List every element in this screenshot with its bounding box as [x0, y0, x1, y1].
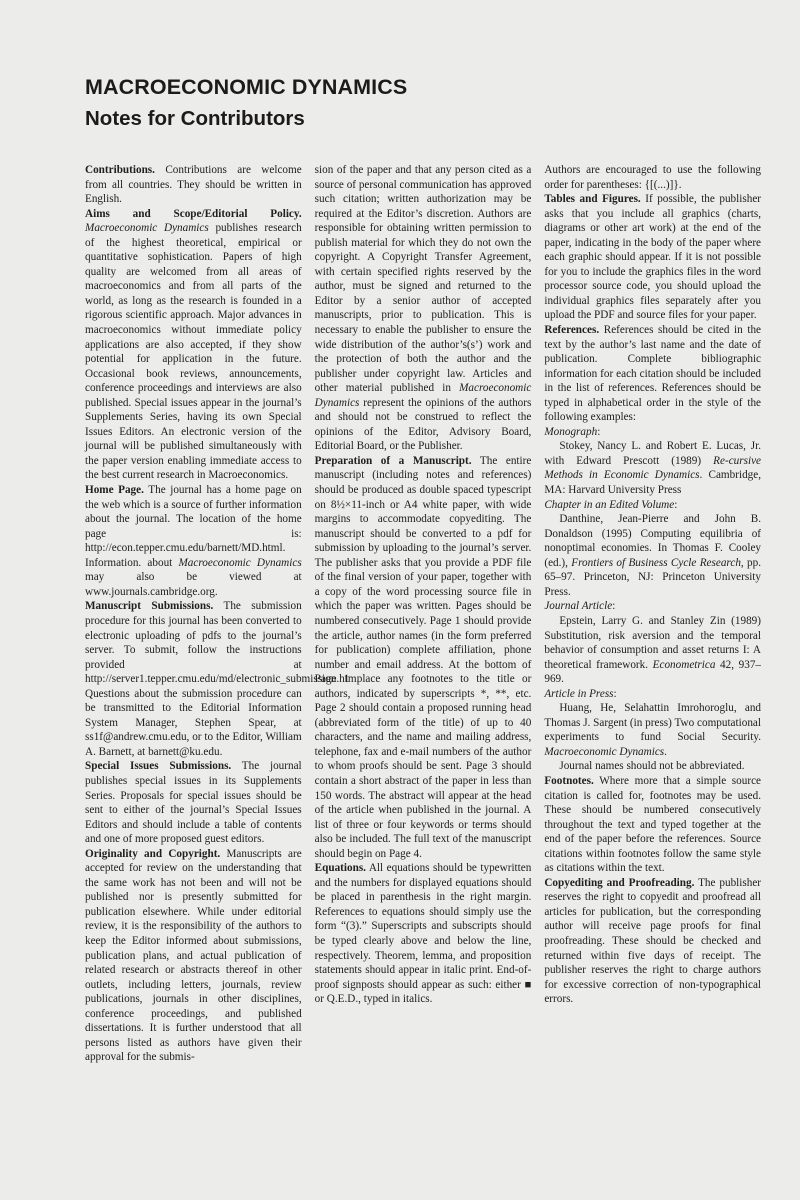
section-originality-and-copyright: Originality and Copyright. Manuscripts a… — [85, 847, 302, 1065]
body-text: publishes research of the highest theore… — [85, 222, 302, 481]
italic-text: Chapter in an Edited Volume — [544, 499, 674, 511]
italic-text: Macroeconomic Dynamics — [178, 557, 301, 569]
section-tables-and-figures: Tables and Figures. If possible, the pub… — [544, 192, 761, 323]
body-text: : — [597, 426, 600, 438]
body-text: . — [664, 746, 667, 758]
journal-title: MACROECONOMIC DYNAMICS — [85, 74, 407, 100]
section-heading: Originality and Copyright. — [85, 848, 220, 860]
reference-entry: Huang, He, Selahattin Imrohoroglu, and T… — [544, 701, 761, 759]
journal-page: MACROECONOMIC DYNAMICS Notes for Contrib… — [0, 0, 800, 1200]
text-column-2: sion of the paper and that any person ci… — [315, 163, 532, 1065]
body-text: Manuscripts are accepted for review on t… — [85, 848, 302, 1064]
reference-type-label: Article in Press: — [544, 687, 761, 702]
body-text: References should be cited in the text b… — [544, 324, 761, 423]
paragraph: Authors are encouraged to use the follow… — [544, 163, 761, 192]
section-copyediting-and-proofreading: Copyediting and Proofreading. The publis… — [544, 876, 761, 1007]
section-special-issues-submissions: Special Issues Submissions. The journal … — [85, 759, 302, 846]
italic-text: Monograph — [544, 426, 597, 438]
body-text: Where more that a simple source citation… — [544, 775, 761, 874]
italic-text: Macroeconomic Dynamics — [85, 222, 209, 234]
section-contributions: Contributions. Contributions are welcome… — [85, 163, 302, 207]
body-text: The journal publishes special issues in … — [85, 760, 302, 845]
body-text: The publisher reserves the right to copy… — [544, 877, 761, 1005]
body-text: : — [674, 499, 677, 511]
section-heading: Special Issues Submissions. — [85, 760, 231, 772]
reference-type-label: Journal Article: — [544, 599, 761, 614]
section-heading: Footnotes. — [544, 775, 593, 787]
section-heading: Equations. — [315, 862, 366, 874]
section-preparation-of-a-manuscript: Preparation of a Manuscript. The entire … — [315, 454, 532, 861]
body-text: If possible, the publisher asks that you… — [544, 193, 761, 321]
italic-text: Macroeconomic Dynamics — [544, 746, 664, 758]
page-title: Notes for Contributors — [85, 106, 407, 131]
paragraph: sion of the paper and that any person ci… — [315, 163, 532, 454]
body-text: Authors are encouraged to use the follow… — [544, 164, 761, 191]
section-aims-and-scope-editorial-policy: Aims and Scope/Editorial Policy. Macroec… — [85, 207, 302, 483]
section-manuscript-submissions: Manuscript Submissions. The submission p… — [85, 599, 302, 759]
text-columns: Contributions. Contributions are welcome… — [85, 163, 761, 1065]
section-heading: Tables and Figures. — [544, 193, 640, 205]
section-heading: Home Page. — [85, 484, 144, 496]
body-text: All equations should be typewritten and … — [315, 862, 532, 1005]
reference-entry: Stokey, Nancy L. and Robert E. Lucas, Jr… — [544, 439, 761, 497]
section-heading: Contributions. — [85, 164, 155, 176]
section-heading: Preparation of a Manuscript. — [315, 455, 472, 467]
body-text: Journal names should not be abbreviated. — [559, 760, 744, 772]
italic-text: Journal Article — [544, 600, 612, 612]
text-column-3: Authors are encouraged to use the follow… — [544, 163, 761, 1065]
body-text: may also be viewed at www.journals.cambr… — [85, 571, 302, 598]
section-heading: Aims and Scope/Editorial Policy. — [85, 208, 302, 220]
page-header: MACROECONOMIC DYNAMICS Notes for Contrib… — [85, 74, 407, 131]
section-heading: Manuscript Submissions. — [85, 600, 213, 612]
body-text: sion of the paper and that any person ci… — [315, 164, 532, 394]
body-text: : — [614, 688, 617, 700]
italic-text: Frontiers of Business Cycle Research — [571, 557, 741, 569]
section-heading: Copyediting and Proofreading. — [544, 877, 694, 889]
section-equations: Equations. All equations should be typew… — [315, 861, 532, 1006]
section-heading: References. — [544, 324, 599, 336]
body-text: Huang, He, Selahattin Imrohoroglu, and T… — [544, 702, 761, 743]
body-text: : — [612, 600, 615, 612]
italic-text: Article in Press — [544, 688, 613, 700]
section-footnotes: Footnotes. Where more that a simple sour… — [544, 774, 761, 876]
italic-text: Econometrica — [653, 659, 716, 671]
reference-entry: Danthine, Jean-Pierre and John B. Donald… — [544, 512, 761, 599]
reference-type-label: Chapter in an Edited Volume: — [544, 498, 761, 513]
section-references: References. References should be cited i… — [544, 323, 761, 425]
note-line: Journal names should not be abbreviated. — [544, 759, 761, 774]
reference-type-label: Monograph: — [544, 425, 761, 440]
body-text: The entire manuscript (including notes a… — [315, 455, 532, 860]
section-home-page: Home Page. The journal has a home page o… — [85, 483, 302, 599]
text-column-1: Contributions. Contributions are welcome… — [85, 163, 302, 1065]
reference-entry: Epstein, Larry G. and Stanley Zin (1989)… — [544, 614, 761, 687]
